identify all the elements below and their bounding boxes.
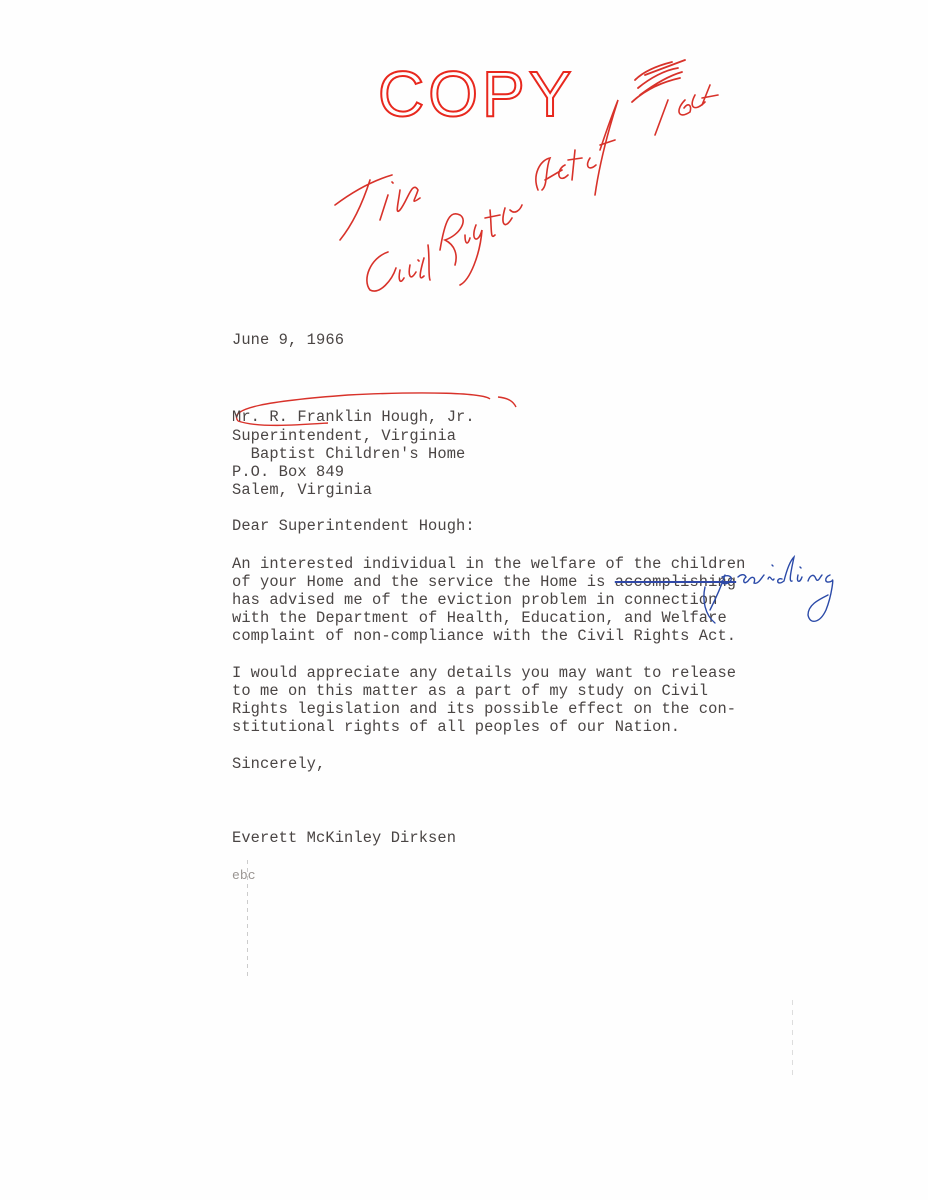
paragraph-line: I would appreciate any details you may w…	[232, 664, 736, 683]
faint-mark	[792, 1000, 793, 1080]
address-line: Salem, Virginia	[232, 481, 372, 500]
letter-page: COPY June 9, 1966 Mr. R. Franklin Hough,…	[0, 0, 928, 1200]
letter-date: June 9, 1966	[232, 331, 344, 350]
paragraph-line: of your Home and the service the Home is…	[232, 573, 736, 592]
signature-name: Everett McKinley Dirksen	[232, 829, 456, 848]
address-line: Baptist Children's Home	[232, 445, 465, 464]
blue-handwritten-insertion	[700, 555, 865, 630]
paragraph-line: complaint of non-compliance with the Civ…	[232, 627, 736, 646]
paragraph-line: has advised me of the eviction problem i…	[232, 591, 717, 610]
typist-initials: ebc	[232, 866, 256, 885]
address-line: Mr. R. Franklin Hough, Jr.	[232, 408, 475, 427]
line-text: of your Home and the service the Home is	[232, 573, 615, 591]
address-line: Superintendent, Virginia	[232, 427, 456, 446]
red-handwritten-note	[300, 40, 800, 320]
address-line: P.O. Box 849	[232, 463, 344, 482]
paragraph-line: with the Department of Health, Education…	[232, 609, 727, 628]
paragraph-line: Rights legislation and its possible effe…	[232, 700, 736, 719]
faint-mark	[247, 860, 248, 980]
paragraph-line: stitutional rights of all peoples of our…	[232, 718, 680, 737]
salutation: Dear Superintendent Hough:	[232, 517, 475, 536]
closing: Sincerely,	[232, 755, 325, 774]
paragraph-line: An interested individual in the welfare …	[232, 555, 745, 574]
paragraph-line: to me on this matter as a part of my stu…	[232, 682, 708, 701]
